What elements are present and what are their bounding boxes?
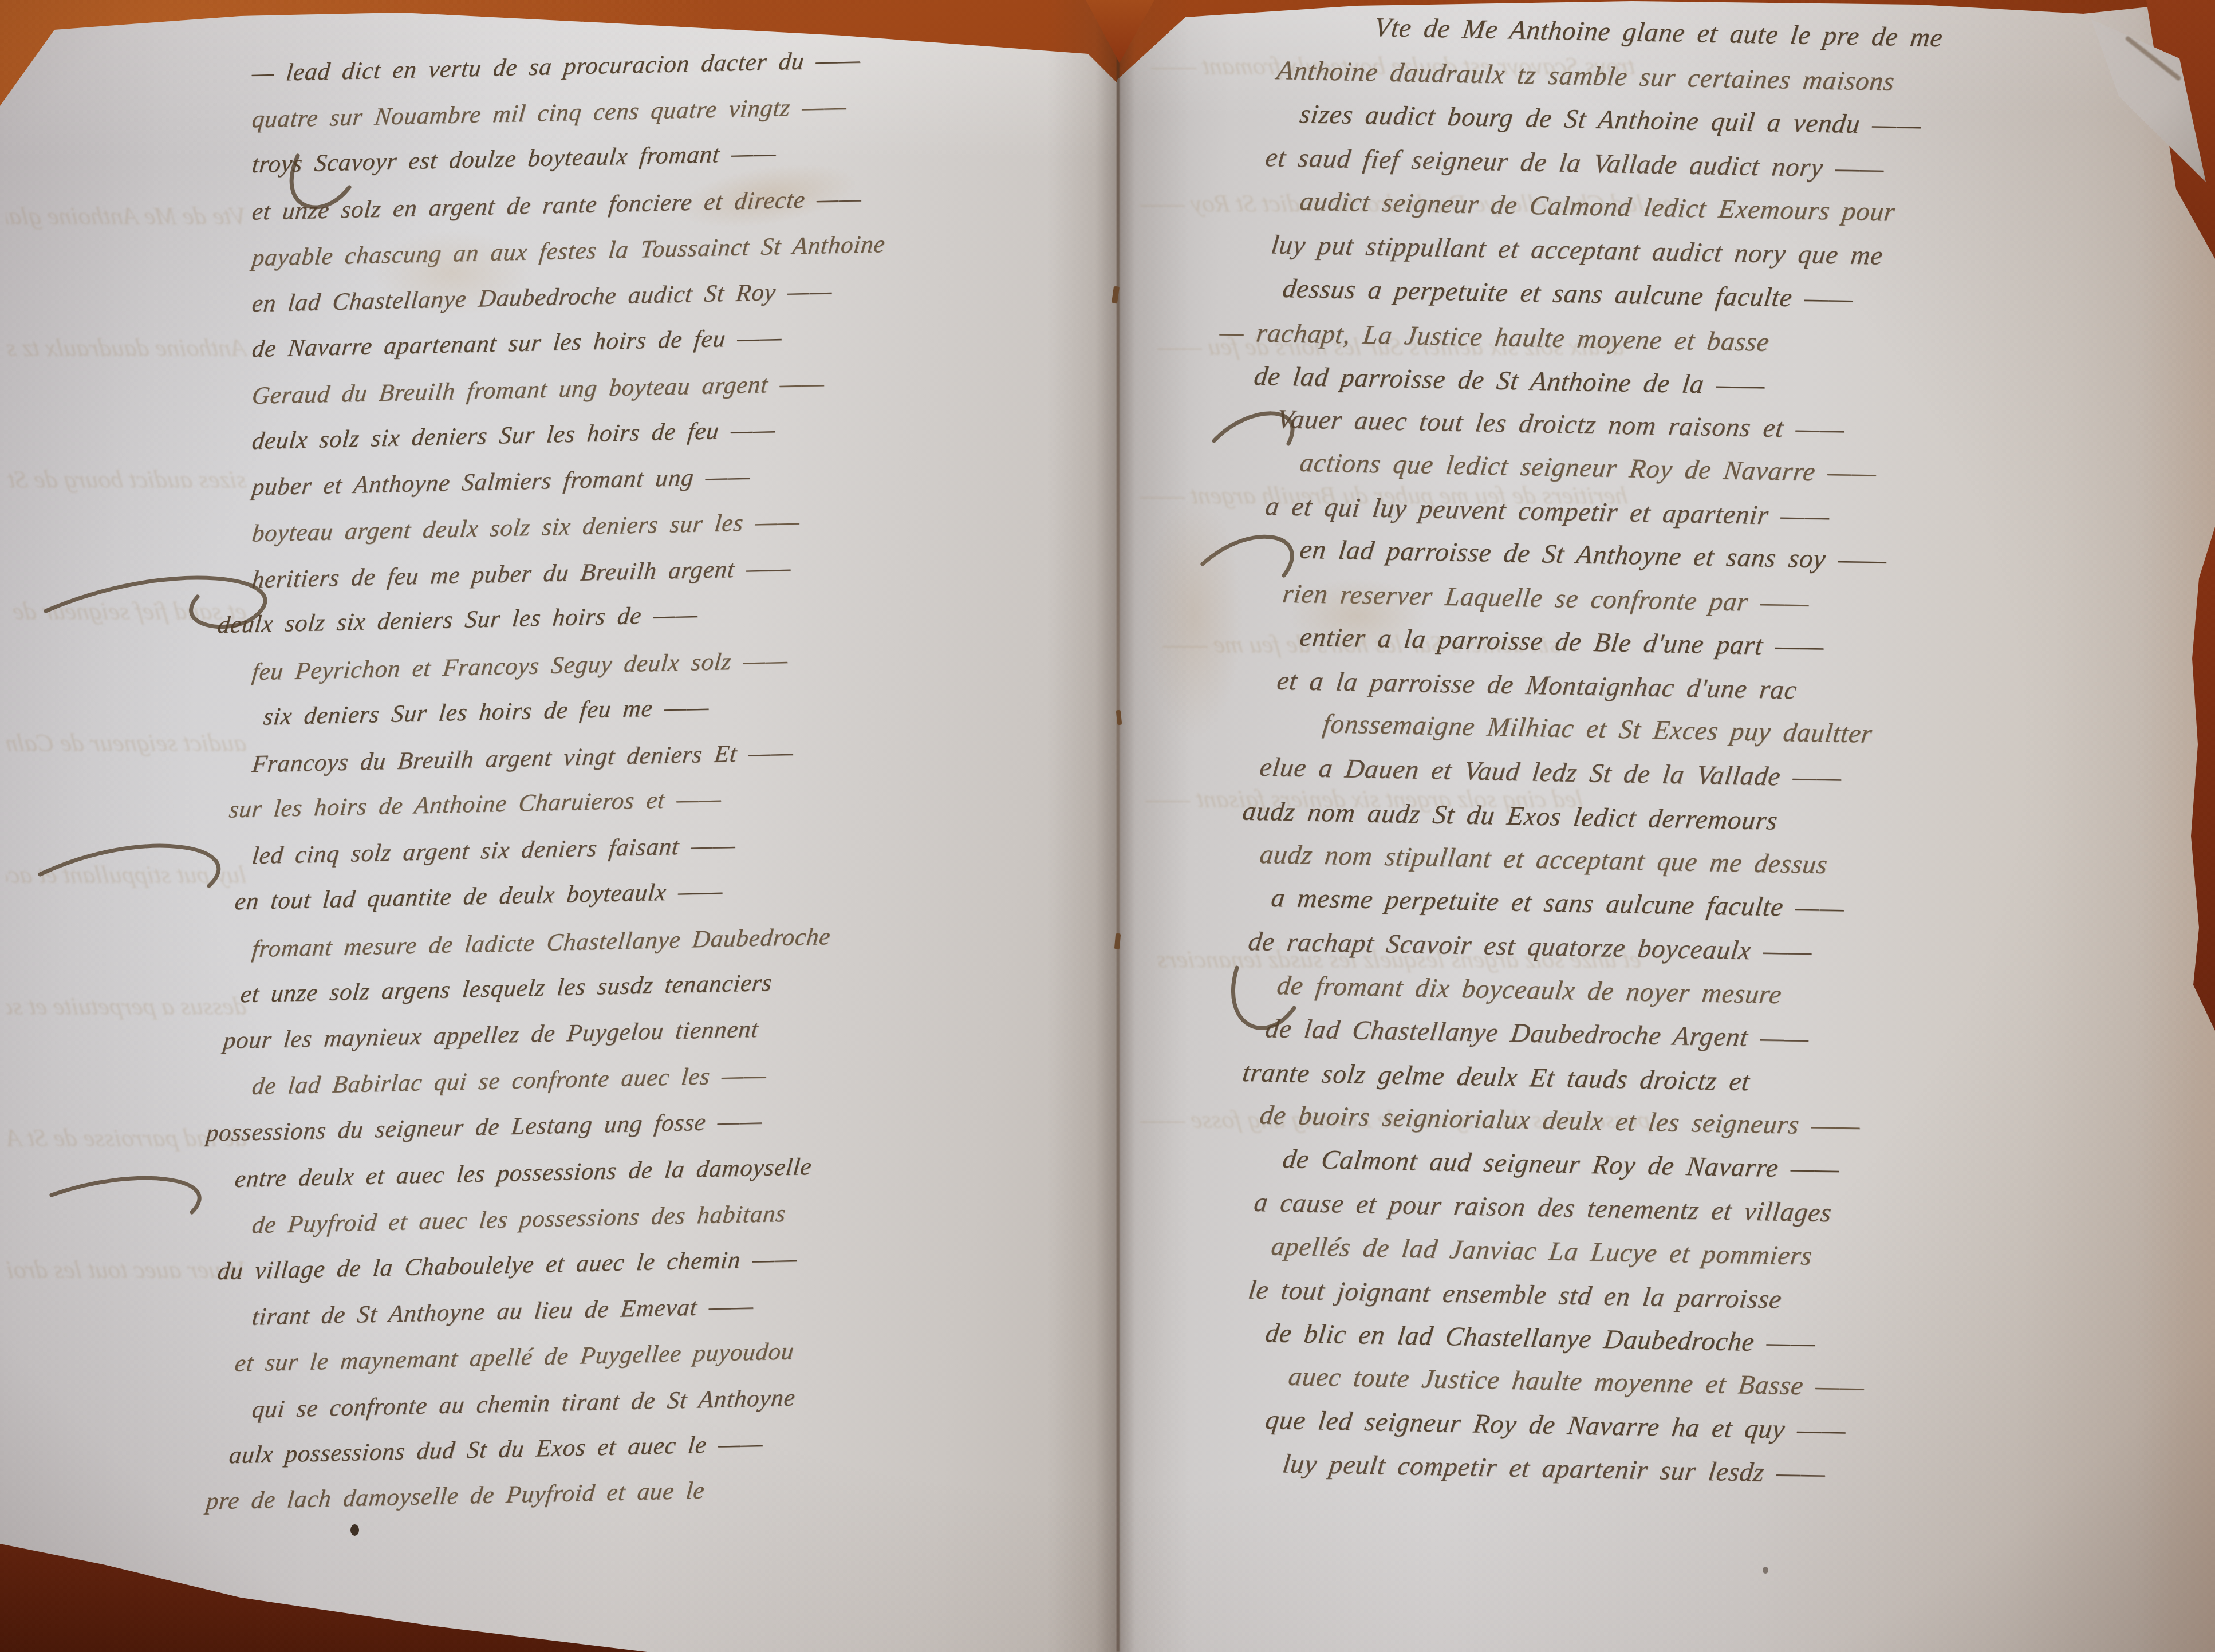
manuscript-line: et unze solz argens lesquelz les susdz t… [239, 969, 774, 1008]
manuscript-line: du village de la Chaboulelye et auec le … [216, 1245, 799, 1286]
ink-blot [350, 1524, 359, 1536]
manuscript-line: auec toute Justice haulte moyenne et Bas… [1287, 1361, 1867, 1402]
manuscript-line: six deniers Sur les hoirs de feu me —— [262, 693, 711, 731]
manuscript-line: payable chascung an aux festes la Toussa… [251, 230, 886, 272]
manuscript-line: Anthoine daudraulx tz samble sur certain… [1275, 55, 1897, 97]
manuscript-line: Geraud du Breuilh fromant ung boyteau ar… [251, 369, 826, 410]
manuscript-line: luy put stippullant et acceptant audict … [1270, 229, 1885, 271]
manuscript-line: dessus a perpetuite et sans aulcune facu… [1281, 273, 1855, 314]
stain [1145, 492, 1243, 739]
manuscript-photo: Vte de Me Anthoine glane et aute le pre … [0, 0, 2215, 1652]
manuscript-line: de blic en lad Chastellanye Daubedroche … [1264, 1318, 1818, 1358]
manuscript-line: audz nom stipullant et acceptant que me … [1258, 839, 1830, 880]
manuscript-line: de lad Chastellanye Daubedroche Argent —… [1264, 1013, 1811, 1054]
manuscript-line: de Calmont aud seigneur Roy de Navarre —… [1281, 1144, 1842, 1185]
manuscript-line: de buoirs seigniorialux deulx et les sei… [1258, 1099, 1862, 1141]
manuscript-line: de fromant dix boyceaulx de noyer mesure [1275, 970, 1784, 1010]
manuscript-line: Vte de Me Anthoine glane et aute le pre … [1373, 12, 1945, 53]
ink-blot [1763, 1567, 1768, 1574]
ghost-line: audict seigneur de Calmond ledict Exemou… [4, 728, 247, 758]
manuscript-line: luy peult competir et apartenir sur lesd… [1281, 1448, 1828, 1489]
manuscript-line: puber et Anthoyne Salmiers fromant ung —… [251, 462, 752, 501]
manuscript-line: trante solz gelme deulx Et tauds droictz… [1241, 1057, 1752, 1097]
ghost-line: sizes audict bourg de St Anthoine quil a… [4, 465, 247, 494]
manuscript-line: boyteau argent deulx solz six deniers su… [251, 508, 801, 548]
manuscript-line: qui se confronte au chemin tirant de St … [251, 1383, 797, 1424]
manuscript-line: et a la parroisse de Montaignhac d'une r… [1275, 665, 1799, 706]
manuscript-line: aulx possessions dud St du Exos et auec … [228, 1430, 764, 1469]
manuscript-line: et unze solz en argent de rante fonciere… [251, 184, 863, 226]
manuscript-line: apellés de lad Janviac La Lucye et pommi… [1270, 1231, 1814, 1271]
ghost-line: Vauer auec tout les droictz nom raisons … [4, 1255, 247, 1284]
manuscript-line: en lad Chastellanye Daubedroche audict S… [251, 277, 834, 317]
manuscript-line: Vauer auec tout les droictz nom raisons … [1275, 404, 1847, 445]
manuscript-line: le tout joignant ensemble std en la parr… [1247, 1275, 1784, 1315]
manuscript-line: — lead dict en vertu de sa procuracion d… [251, 46, 862, 87]
manuscript-line: en tout lad quantite de deulx boyteaulx … [234, 877, 724, 916]
manuscript-line: feu Peyrichon et Francoys Seguy deulx so… [251, 646, 790, 686]
manuscript-line: tirant de St Anthoyne au lieu de Emevat … [251, 1292, 755, 1331]
page-left: Vte de Me Anthoine glane et aute le pre … [0, 13, 1117, 1652]
ghost-line: et saud fief seigneur de la Vallade audi… [4, 597, 247, 626]
manuscript-line: de Navarre apartenant sur les hoirs de f… [251, 324, 783, 363]
manuscript-line: audz nom audz St du Exos ledict derremou… [1241, 795, 1780, 836]
manuscript-line: rien reserver Laquelle se confronte par … [1281, 578, 1811, 619]
manuscript-line: deulx solz six deniers Sur les hoirs de … [216, 601, 700, 639]
manuscript-line: entre deulx et auec les possessions de l… [234, 1153, 813, 1193]
manuscript-line: audict seigneur de Calmond ledict Exemou… [1298, 186, 1897, 228]
ghost-line: luy put stippullant et acceptant audict … [4, 860, 247, 889]
ghost-line: Vte de Me Anthoine glane et aute le pre … [4, 202, 247, 231]
manuscript-line: possessions du seigneur de Lestang ung f… [205, 1107, 764, 1147]
manuscript-line: de lad parroisse de St Anthoine de la —— [1252, 361, 1767, 401]
manuscript-line: de Puyfroid et auec les possessions des … [251, 1199, 787, 1239]
manuscript-line: et sur le maynemant apellé de Puygellee … [234, 1337, 795, 1377]
manuscript-line: sizes audict bourg de St Anthoine quil a… [1298, 98, 1923, 141]
manuscript-line: quatre sur Nouambre mil cinq cens quatre… [251, 92, 849, 133]
manuscript-line: de lad Babirlac qui se confronte auec le… [251, 1061, 768, 1101]
manuscript-line: pre de lach damoyselle de Puyfroid et au… [205, 1476, 706, 1515]
manuscript-line: troys Scavoyr est doulze boyteaulx froma… [251, 139, 778, 179]
manuscript-line: deulx solz six deniers Sur les hoirs de … [251, 416, 777, 455]
page-right: troys Scavoyr est doulze boyteaulx froma… [1117, 0, 2215, 1652]
manuscript-line: pour les maynieux appellez de Puygelou t… [222, 1015, 760, 1055]
manuscript-line: fromant mesure de ladicte Chastellanye D… [251, 922, 832, 963]
ghost-line: dessus a perpetuite et sans aulcune facu… [4, 992, 247, 1021]
manuscript-line: sur les hoirs de Anthoine Charuieros et … [228, 785, 723, 824]
torn-edge-fold-top [1086, 0, 1154, 63]
manuscript-line: que led seigneur Roy de Navarre ha et qu… [1264, 1405, 1848, 1446]
manuscript-line: fonssemaigne Milhiac et St Exces puy dau… [1321, 708, 1874, 749]
manuscript-line: a cause et pour raison des tenementz et … [1252, 1187, 1834, 1228]
manuscript-line: a mesme perpetuite et sans aulcune facul… [1270, 882, 1846, 924]
manuscript-line: en lad parroisse de St Anthoyne et sans … [1298, 534, 1889, 576]
manuscript-line: led cinq solz argent six deniers faisant… [251, 831, 737, 870]
manuscript-line: a et qui luy peuvent competir et aparten… [1264, 491, 1832, 532]
manuscript-line: et saud fief seigneur de la Vallade audi… [1264, 142, 1886, 184]
manuscript-line: heritiers de feu me puber du Breuilh arg… [251, 554, 793, 594]
ghost-line: Anthoine daudraulx tz samble sur certain… [4, 333, 247, 362]
manuscript-line: Francoys du Breuilh argent vingt deniers… [251, 738, 795, 778]
